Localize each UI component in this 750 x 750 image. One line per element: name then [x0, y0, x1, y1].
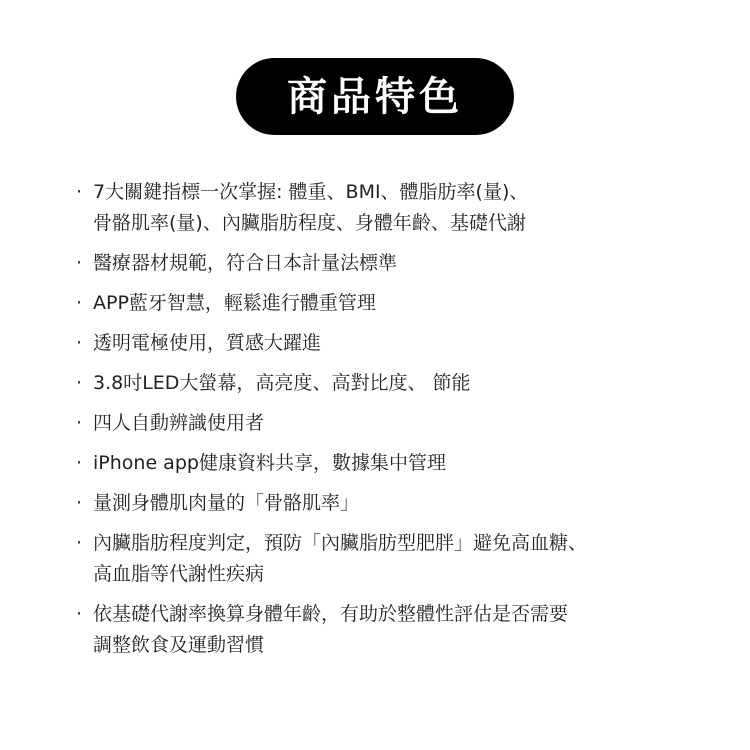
feature-text: 量測身體肌肉量的「骨骼肌率」 [93, 488, 696, 519]
bullet-dot-icon: · [76, 248, 90, 279]
feature-item: · APP藍牙智慧，輕鬆進行體重管理 [76, 288, 696, 319]
feature-item: · 依基礎代謝率換算身體年齡，有助於整體性評估是否需要 調整飲食及運動習慣 [76, 599, 696, 661]
feature-item: · 內臟脂肪程度判定，預防「內臟脂肪型肥胖」避免高血糖、 高血脂等代謝性疾病 [76, 528, 696, 590]
bullet-dot-icon: · [76, 368, 90, 399]
feature-text: 3.8吋LED大螢幕，高亮度、高對比度、 節能 [93, 368, 696, 399]
page-title: 商品特色 [287, 77, 463, 117]
feature-item: · 3.8吋LED大螢幕，高亮度、高對比度、 節能 [76, 368, 696, 399]
feature-text: 7大關鍵指標一次掌握: 體重、BMI、體脂肪率(量)、 [93, 177, 696, 208]
feature-text: 醫療器材規範，符合日本計量法標準 [93, 248, 696, 279]
bullet-dot-icon: · [76, 488, 90, 519]
feature-list: · 7大關鍵指標一次掌握: 體重、BMI、體脂肪率(量)、 骨骼肌率(量)、內臟… [76, 177, 696, 670]
feature-text: iPhone app健康資料共享，數據集中管理 [93, 448, 696, 479]
feature-text: 依基礎代謝率換算身體年齡，有助於整體性評估是否需要 [93, 599, 696, 630]
feature-item: · 醫療器材規範，符合日本計量法標準 [76, 248, 696, 279]
feature-text: 內臟脂肪程度判定，預防「內臟脂肪型肥胖」避免高血糖、 [93, 528, 696, 559]
bullet-dot-icon: · [76, 528, 90, 559]
title-badge: 商品特色 [236, 58, 514, 135]
feature-item: · 透明電極使用，質感大躍進 [76, 328, 696, 359]
feature-text: 骨骼肌率(量)、內臟脂肪程度、身體年齡、基礎代謝 [93, 208, 696, 239]
feature-text: 調整飲食及運動習慣 [93, 630, 696, 661]
feature-item: · iPhone app健康資料共享，數據集中管理 [76, 448, 696, 479]
bullet-dot-icon: · [76, 599, 90, 630]
bullet-dot-icon: · [76, 448, 90, 479]
bullet-dot-icon: · [76, 177, 90, 208]
bullet-dot-icon: · [76, 328, 90, 359]
feature-text: 高血脂等代謝性疾病 [93, 559, 696, 590]
bullet-dot-icon: · [76, 408, 90, 439]
feature-text: 四人自動辨識使用者 [93, 408, 696, 439]
feature-text: 透明電極使用，質感大躍進 [93, 328, 696, 359]
feature-item: · 四人自動辨識使用者 [76, 408, 696, 439]
feature-text: APP藍牙智慧，輕鬆進行體重管理 [93, 288, 696, 319]
bullet-dot-icon: · [76, 288, 90, 319]
feature-item: · 量測身體肌肉量的「骨骼肌率」 [76, 488, 696, 519]
feature-item: · 7大關鍵指標一次掌握: 體重、BMI、體脂肪率(量)、 骨骼肌率(量)、內臟… [76, 177, 696, 239]
